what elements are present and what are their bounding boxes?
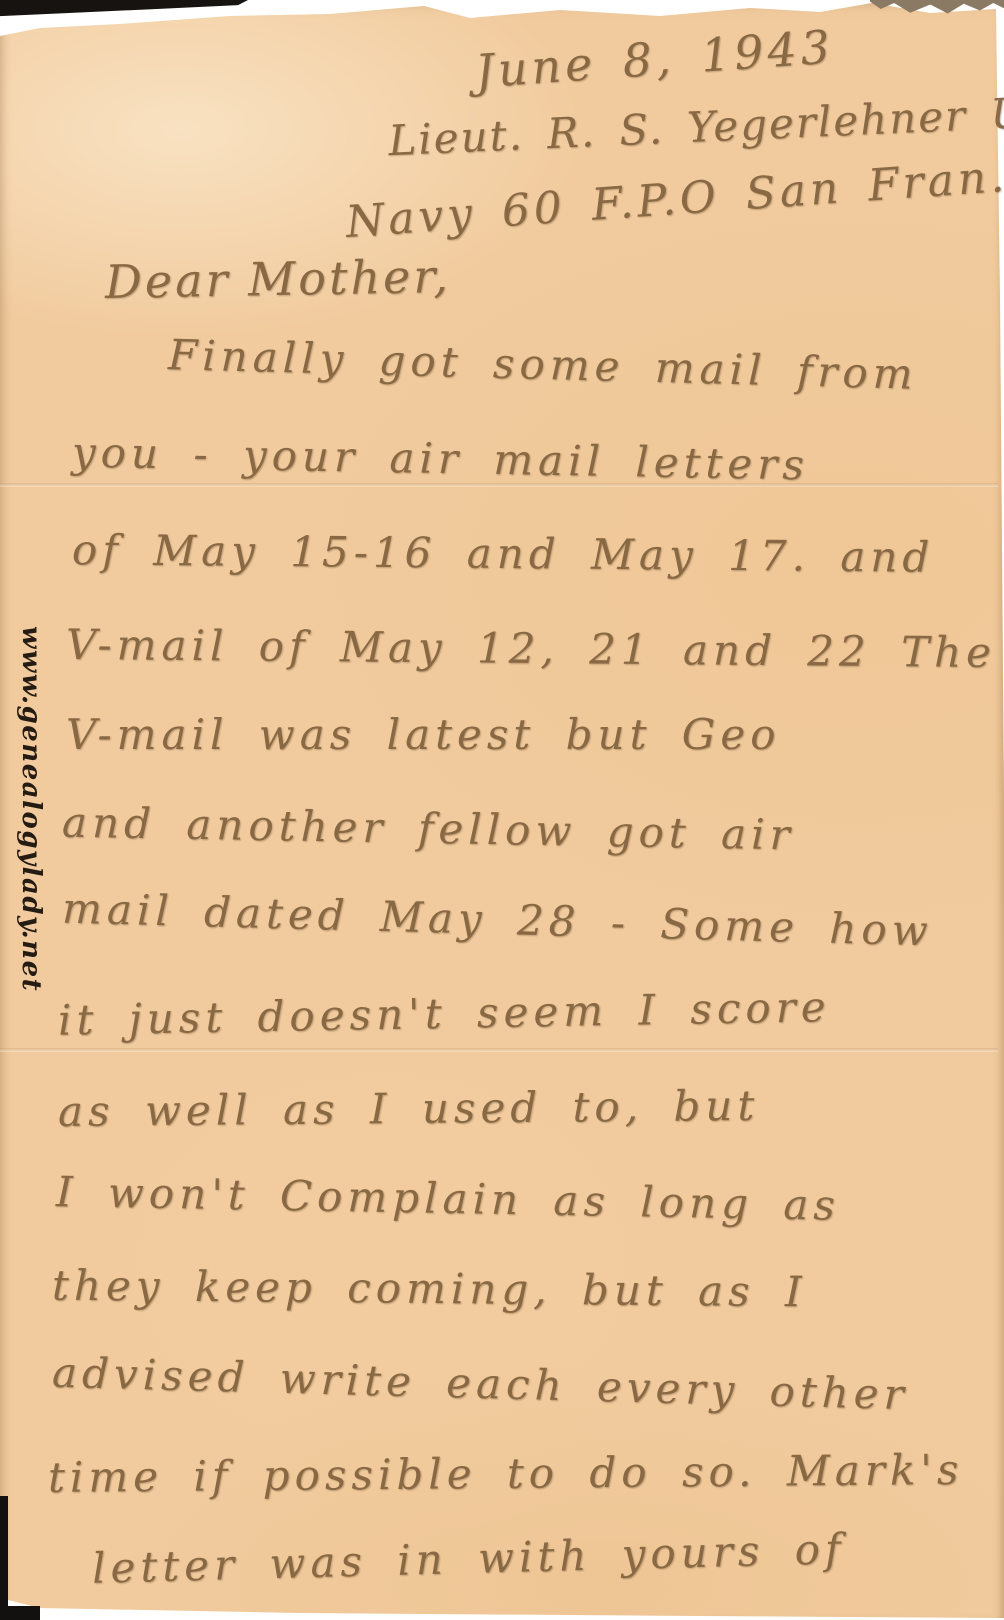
handwritten-line: time if possible to do so. Mark's [48, 1445, 964, 1502]
handwritten-line: V-mail of May 12, 21 and 22 The [66, 620, 996, 677]
handwritten-line: of May 15-16 and May 17. and [72, 525, 935, 582]
handwritten-line: as well as I used to, but [58, 1081, 760, 1136]
watermark-url: www.genealogylady.net [16, 626, 46, 992]
fold-crease [0, 1048, 998, 1052]
scanner-edge-bottom-corner [0, 1606, 40, 1620]
salutation: Dear Mother, [105, 249, 452, 309]
scanner-edge-left-lower [0, 1496, 8, 1614]
handwritten-line: V-mail was latest but Geo [66, 710, 781, 759]
handwritten-line: they keep coming, but as I [52, 1261, 807, 1317]
